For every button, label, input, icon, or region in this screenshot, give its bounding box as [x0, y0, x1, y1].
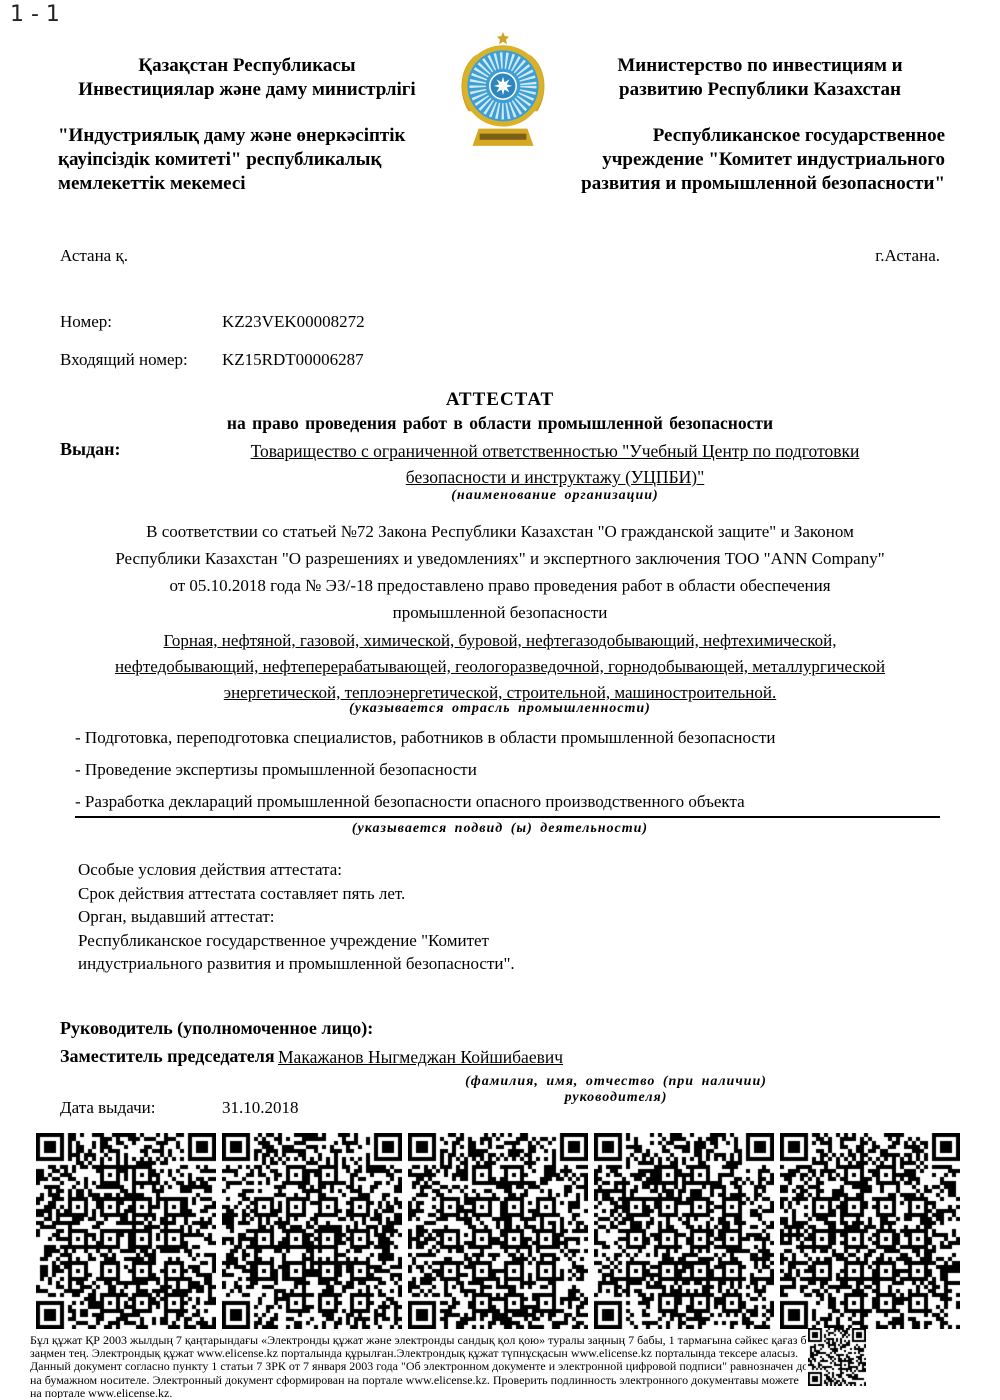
letterhead-left: Қазақстан Республикасы Инвестициялар жән…	[58, 54, 436, 196]
barcode-2d	[36, 1133, 216, 1329]
organization-name: Товарищество с ограниченной ответственно…	[170, 438, 940, 490]
ministry-name-kk: Қазақстан Республикасы Инвестициялар жән…	[58, 54, 436, 102]
document-subtitle: на право проведения работ в области пром…	[0, 413, 1000, 434]
qr-code-icon	[808, 1328, 866, 1386]
signatory-caption: (фамилия, имя, отчество (при наличии) ру…	[416, 1074, 816, 1106]
footer-legal-text: Бұл құжат ҚР 2003 жылдың 7 қаңтарындағы …	[30, 1334, 806, 1398]
issued-to-label: Выдан:	[60, 439, 121, 460]
signatory-name: Макажанов Ныгмеджан Койшибаевич	[278, 1047, 563, 1068]
horizontal-rule	[75, 816, 940, 818]
activity-item: - Разработка деклараций промышленной без…	[75, 792, 955, 812]
spacer	[575, 102, 945, 124]
incoming-number-value: KZ15RDT00006287	[222, 350, 364, 370]
number-value: KZ23VEK00008272	[222, 312, 365, 332]
committee-name-kk: "Индустриялық даму және өнеркәсіптік қау…	[58, 124, 436, 196]
barcode-2d	[780, 1133, 960, 1329]
letterhead-right: Министерство по инвестициям и развитию Р…	[575, 54, 945, 196]
organization-caption: (наименование организации)	[0, 488, 1000, 504]
document-title: АТТЕСТАТ	[0, 389, 1000, 411]
activity-item: - Проведение экспертизы промышленной без…	[75, 760, 955, 780]
issue-date-value: 31.10.2018	[222, 1098, 299, 1118]
barcode-2d	[222, 1133, 402, 1329]
page-marker: 1 - 1	[10, 2, 60, 27]
kazakhstan-coat-of-arms-icon	[452, 30, 554, 154]
barcode-2d	[594, 1133, 774, 1329]
legal-basis-paragraph: В соответствии со статьей №72 Закона Рес…	[60, 518, 940, 626]
signatory-head-label: Руководитель (уполномоченное лицо):	[60, 1018, 373, 1039]
barcode-row	[36, 1133, 966, 1329]
activities-list: - Подготовка, переподготовка специалисто…	[75, 728, 955, 824]
industries-list: Горная, нефтяной, газовой, химической, б…	[30, 628, 970, 706]
place-ru: г.Астана.	[875, 246, 940, 266]
number-label: Номер:	[60, 312, 112, 332]
place-row: Астана қ. г.Астана.	[60, 246, 940, 266]
barcode-2d	[408, 1133, 588, 1329]
spacer	[58, 102, 436, 124]
incoming-number-label: Входящий номер:	[60, 350, 188, 370]
ministry-name-ru: Министерство по инвестициям и развитию Р…	[575, 54, 945, 102]
industries-caption: (указывается отрасль промышленности)	[0, 701, 1000, 717]
activity-item: - Подготовка, переподготовка специалисто…	[75, 728, 955, 748]
conditions-block: Особые условия действия аттестата: Срок …	[78, 858, 938, 976]
issue-date-label: Дата выдачи:	[60, 1098, 155, 1118]
committee-name-ru: Республиканское государственное учрежден…	[575, 124, 945, 196]
signatory-position: Заместитель председателя	[60, 1046, 275, 1067]
activities-caption: (указывается подвид (ы) деятельности)	[0, 821, 1000, 837]
place-kk: Астана қ.	[60, 246, 128, 265]
